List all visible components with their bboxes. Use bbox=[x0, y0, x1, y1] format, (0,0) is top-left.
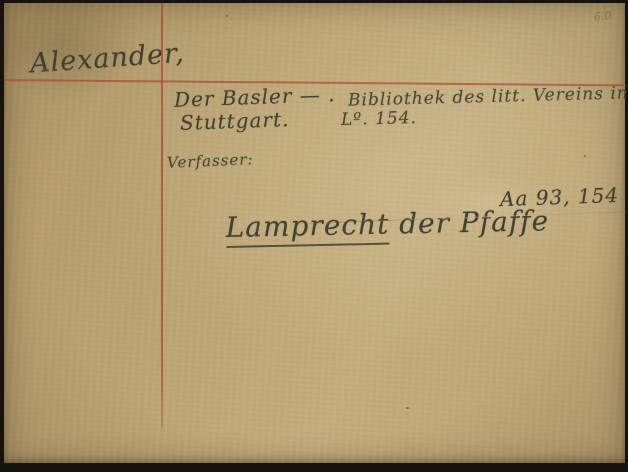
entry-right-line1: Bibliothek des litt. Vereins in bbox=[348, 83, 628, 110]
paper-speck bbox=[584, 155, 586, 157]
author-name-underlined: Lamprecht bbox=[225, 208, 389, 248]
catalog-card: Alexander, 6.0 Der Basler — . Stuttgart.… bbox=[4, 3, 625, 463]
author-title: Lamprecht der Pfaffe bbox=[185, 171, 550, 278]
paper-speck bbox=[226, 15, 228, 17]
author-label: Verfasser: bbox=[167, 150, 254, 172]
pencil-corner-note: 6.0 bbox=[593, 9, 612, 24]
entry-right-line2: Lº. 154. bbox=[341, 108, 417, 130]
shelfmark: Aa 93, 154 bbox=[500, 183, 620, 211]
entry-left-line2: Stuttgart. bbox=[180, 107, 290, 135]
paper-speck bbox=[406, 407, 409, 409]
